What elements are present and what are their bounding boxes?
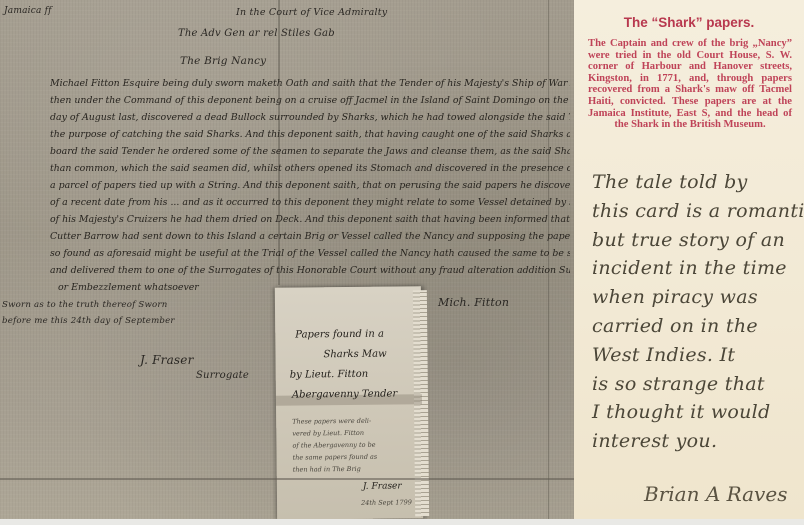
- message-line: this card is a romantic: [592, 197, 804, 226]
- handwritten-message: The tale told by this card is a romantic…: [592, 168, 804, 456]
- deposition-photograph: Jamaica ff In the Court of Vice Admiralt…: [0, 0, 574, 519]
- message-line: I thought it would: [592, 398, 804, 427]
- card-title: The “Shark” papers.: [574, 15, 804, 30]
- deposition-line: than common, which the said seamen did, …: [50, 163, 570, 174]
- deposition-line: the purpose of catching the said Sharks.…: [50, 129, 570, 140]
- deposition-line: board the said Tender he ordered some of…: [50, 146, 570, 157]
- floor-edge: [0, 478, 574, 480]
- jurat-line: before me this 24th day of September: [2, 316, 175, 326]
- message-line: is so strange that: [592, 370, 804, 399]
- bundle-label-line: by Lieut. Fitton: [290, 369, 369, 381]
- jurat-line: Sworn as to the truth thereof Sworn: [2, 300, 167, 310]
- deposition-line: day of August last, discovered a dead Bu…: [50, 112, 570, 123]
- message-line: when piracy was: [592, 283, 804, 312]
- header-jurisdiction: Jamaica ff: [4, 6, 52, 16]
- header-vessel: The Brig Nancy: [180, 55, 266, 67]
- deposition-line: Michael Fitton Esquire being duly sworn …: [50, 78, 570, 89]
- bundle-label-line: Abergavenny Tender: [292, 388, 397, 400]
- header-case: The Adv Gen ar rel Stiles Gab: [178, 28, 335, 39]
- bundle-label-line: Sharks Maw: [323, 349, 386, 361]
- message-line: The tale told by: [592, 168, 804, 197]
- header-court: In the Court of Vice Admiralty: [236, 7, 387, 18]
- bundle-note-line: These papers were deli-: [292, 417, 371, 426]
- surrogate-title: Surrogate: [196, 370, 249, 381]
- bundle-note-signature: J. Fraser: [363, 481, 402, 491]
- card-description: The Captain and crew of the brig „Nancy”…: [588, 38, 792, 131]
- message-line: incident in the time: [592, 254, 804, 283]
- bundle-note-line: then had in The Brig: [293, 465, 361, 474]
- deposition-line: of a recent date from his ... and as it …: [50, 197, 570, 208]
- postcard: Jamaica ff In the Court of Vice Admiralt…: [0, 0, 804, 519]
- bundle-note-line: of the Abergavenny to be: [292, 441, 375, 450]
- deposition-line: a parcel of papers tied up with a String…: [50, 180, 570, 191]
- paper-fold: [278, 0, 280, 285]
- message-line: West Indies. It: [592, 341, 804, 370]
- bundle-note-date: 24th Sept 1799: [361, 498, 412, 507]
- caption-card: The “Shark” papers. The Captain and crew…: [574, 0, 804, 519]
- message-line: but true story of an: [592, 226, 804, 255]
- bundle-note-line: the same papers found as: [293, 453, 378, 462]
- bundle-label-line: Papers found in a: [295, 329, 384, 341]
- sender-signature: Brian A Raves: [644, 482, 787, 506]
- deposition-line: of his Majesty's Cruizers he had them dr…: [50, 214, 570, 225]
- surrogate-signature: J. Fraser: [140, 353, 194, 367]
- message-line: interest you.: [592, 427, 804, 456]
- deposition-line: so found as aforesaid might be useful at…: [50, 248, 570, 259]
- paper-bundle: Papers found in a Sharks Maw by Lieut. F…: [275, 286, 423, 519]
- scan-margin: [0, 519, 804, 525]
- message-line: carried on in the: [592, 312, 804, 341]
- bundle-note-line: vered by Lieut. Fitton: [292, 429, 364, 438]
- deposition-line: Cutter Barrow had sent down to this Isla…: [50, 231, 570, 242]
- deponent-signature: Mich. Fitton: [438, 296, 509, 309]
- deposition-line: and delivered them to one of the Surroga…: [50, 265, 570, 276]
- deposition-line: then under the Command of this deponent …: [50, 95, 570, 106]
